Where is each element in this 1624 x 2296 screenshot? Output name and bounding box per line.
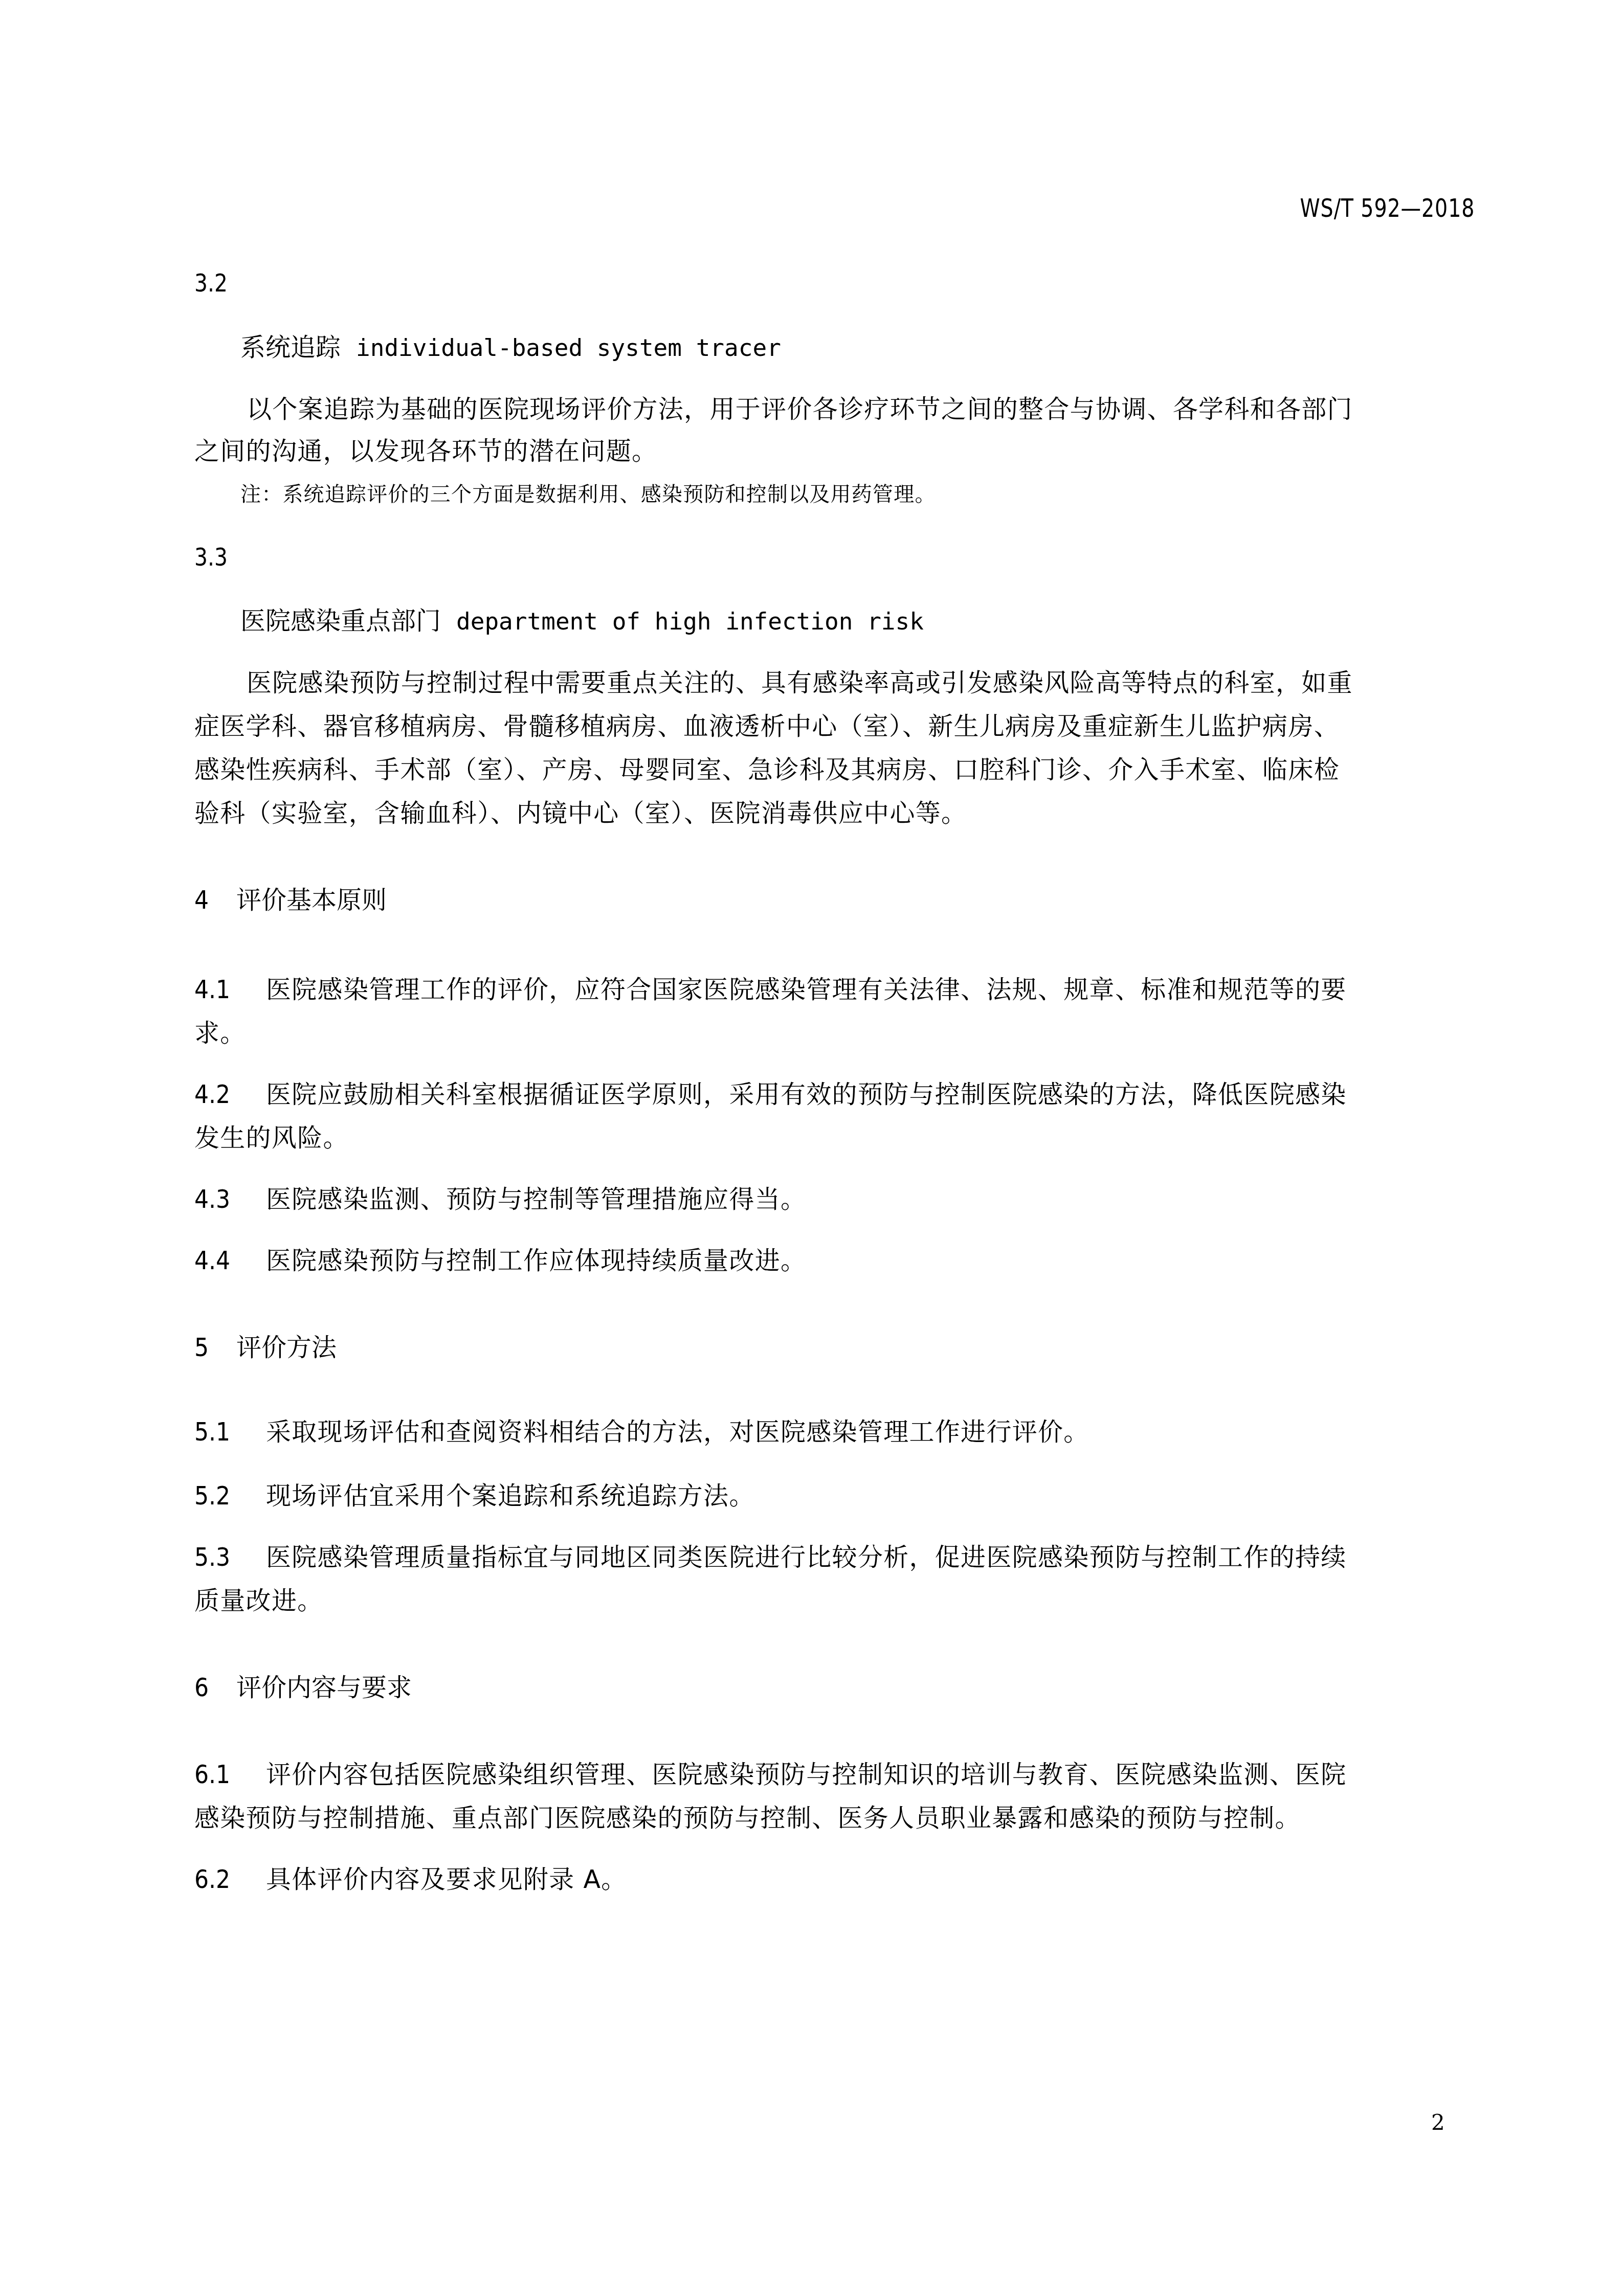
clause-number: 6.1	[194, 1762, 266, 1787]
clause-number: 5.3	[194, 1545, 266, 1570]
section-number: 6	[194, 1675, 236, 1700]
clause-text: 现场评估宜采用个案追踪和系统追踪方法。	[266, 1481, 755, 1511]
definition-line: 以个案追踪为基础的医院现场评价方法，用于评价各诊疗环节之间的整合与协调、各学科和…	[247, 397, 1353, 422]
term-heading: 系统追踪individual-based system tracer	[240, 335, 781, 360]
clause: 5.3医院感染管理质量指标宜与同地区同类医院进行比较分析，促进医院感染预防与控制…	[194, 1545, 1347, 1570]
definition-line: 之间的沟通，以发现各环节的潜在问题。	[194, 439, 657, 464]
section-heading: 5评价方法	[194, 1335, 337, 1360]
clause: 4.1医院感染管理工作的评价，应符合国家医院感染管理有关法律、法规、规章、标准和…	[194, 977, 1347, 1002]
term-en: department of high infection risk	[456, 607, 924, 635]
clause-number: 4.2	[194, 1082, 266, 1107]
clause-text: 具体评价内容及要求见附录 A。	[266, 1865, 627, 1894]
clause-text: 医院感染管理质量指标宜与同地区同类医院进行比较分析，促进医院感染预防与控制工作的…	[266, 1543, 1347, 1572]
clause: 6.1评价内容包括医院感染组织管理、医院感染预防与控制知识的培训与教育、医院感染…	[194, 1762, 1347, 1787]
clause: 4.4医院感染预防与控制工作应体现持续质量改进。	[194, 1248, 806, 1273]
definition-line: 感染性疾病科、手术部（室）、产房、母婴同室、急诊科及其病房、口腔科门诊、介入手术…	[194, 757, 1340, 782]
clause-number: 6.2	[194, 1867, 266, 1892]
term-note: 注：系统追踪评价的三个方面是数据利用、感染预防和控制以及用药管理。	[240, 484, 936, 505]
clause-number: 5.2	[194, 1483, 266, 1509]
clause-number: 5.1	[194, 1420, 266, 1445]
clause-continuation: 质量改进。	[194, 1588, 323, 1613]
clause: 5.1采取现场评估和查阅资料相结合的方法，对医院感染管理工作进行评价。	[194, 1420, 1089, 1445]
section-number: 4	[194, 888, 236, 913]
term-heading: 医院感染重点部门department of high infection ris…	[240, 609, 924, 634]
term-en: individual-based system tracer	[356, 334, 781, 362]
clause-text: 评价内容包括医院感染组织管理、医院感染预防与控制知识的培训与教育、医院感染监测、…	[266, 1760, 1347, 1789]
section-heading: 4评价基本原则	[194, 888, 387, 913]
section-title: 评价内容与要求	[236, 1673, 412, 1702]
section-heading: 6评价内容与要求	[194, 1675, 412, 1700]
term-zh: 医院感染重点部门	[240, 606, 441, 636]
clause-number: 4.1	[194, 977, 266, 1002]
standard-code: WS/T 592—2018	[1300, 195, 1475, 221]
definition-line: 症医学科、器官移植病房、骨髓移植病房、血液透析中心（室）、新生儿病房及重症新生儿…	[194, 714, 1340, 739]
section-title: 评价基本原则	[236, 886, 387, 915]
clause-text: 采取现场评估和查阅资料相结合的方法，对医院感染管理工作进行评价。	[266, 1417, 1089, 1447]
definition-line: 医院感染预防与控制过程中需要重点关注的、具有感染率高或引发感染风险高等特点的科室…	[247, 670, 1353, 695]
clause: 4.2医院应鼓励相关科室根据循证医学原则，采用有效的预防与控制医院感染的方法，降…	[194, 1082, 1347, 1107]
term-number: 3.3	[194, 545, 228, 570]
clause-number: 4.4	[194, 1248, 266, 1273]
clause-number: 4.3	[194, 1187, 266, 1212]
clause-text: 医院感染监测、预防与控制等管理措施应得当。	[266, 1185, 806, 1214]
clause-continuation: 发生的风险。	[194, 1126, 349, 1151]
clause-continuation: 感染预防与控制措施、重点部门医院感染的预防与控制、医务人员职业暴露和感染的预防与…	[194, 1806, 1301, 1831]
term-zh: 系统追踪	[240, 333, 341, 362]
section-number: 5	[194, 1335, 236, 1360]
clause-text: 医院应鼓励相关科室根据循证医学原则，采用有效的预防与控制医院感染的方法，降低医院…	[266, 1080, 1347, 1109]
clause-text: 医院感染管理工作的评价，应符合国家医院感染管理有关法律、法规、规章、标准和规范等…	[266, 975, 1347, 1004]
section-title: 评价方法	[236, 1333, 337, 1362]
clause-text: 医院感染预防与控制工作应体现持续质量改进。	[266, 1246, 806, 1275]
definition-line: 验科（实验室，含输血科）、内镜中心（室）、医院消毒供应中心等。	[194, 801, 967, 826]
term-number: 3.2	[194, 271, 228, 296]
clause: 5.2现场评估宜采用个案追踪和系统追踪方法。	[194, 1483, 755, 1509]
clause: 6.2具体评价内容及要求见附录 A。	[194, 1867, 627, 1892]
clause-continuation: 求。	[194, 1021, 246, 1046]
page-number: 2	[1431, 2112, 1445, 2133]
clause: 4.3医院感染监测、预防与控制等管理措施应得当。	[194, 1187, 806, 1212]
